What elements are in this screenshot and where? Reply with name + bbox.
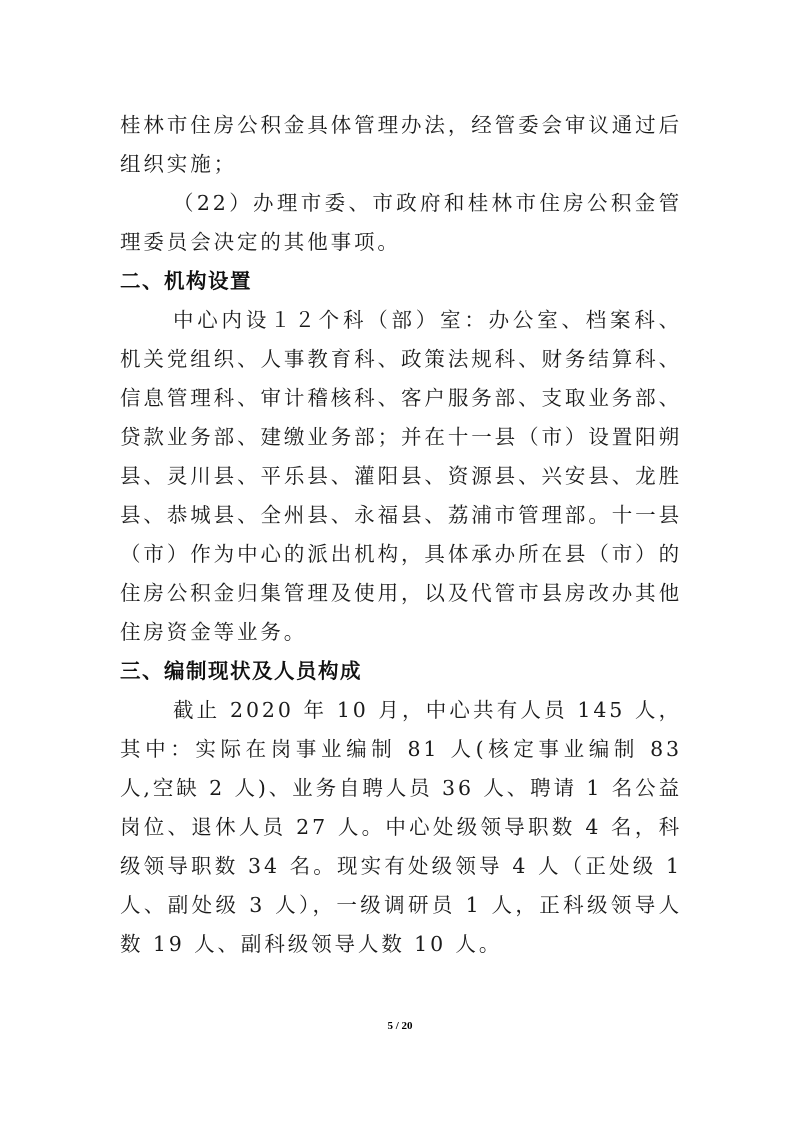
section-heading-staffing: 三、编制现状及人员构成 (120, 652, 682, 691)
document-body: 桂林市住房公积金具体管理办法，经管委会审议通过后组织实施； （22）办理市委、市… (120, 106, 682, 964)
paragraph-continuation: 桂林市住房公积金具体管理办法，经管委会审议通过后组织实施； (120, 106, 682, 184)
paragraph-staffing: 截止 2020 年 10 月，中心共有人员 145 人，其中：实际在岗事业编制 … (120, 691, 682, 964)
page-number: 5 / 20 (0, 1020, 800, 1032)
document-page: 桂林市住房公积金具体管理办法，经管委会审议通过后组织实施； （22）办理市委、市… (0, 0, 800, 1131)
paragraph-item-22: （22）办理市委、市政府和桂林市住房公积金管理委员会决定的其他事项。 (120, 184, 682, 262)
section-heading-organization: 二、机构设置 (120, 262, 682, 301)
paragraph-organization: 中心内设１２个科（部）室：办公室、档案科、机关党组织、人事教育科、政策法规科、财… (120, 301, 682, 652)
